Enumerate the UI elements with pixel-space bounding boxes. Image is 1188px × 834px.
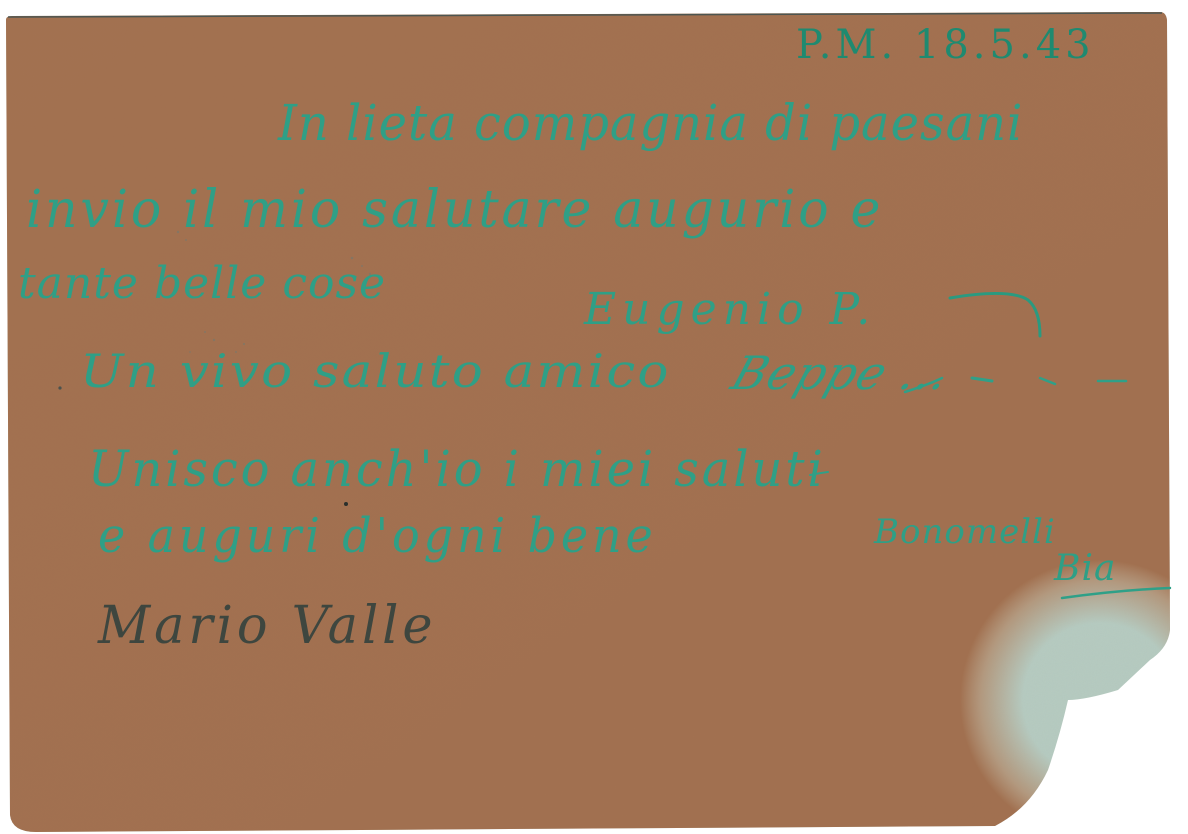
postscript-1-signature: Beppe ... xyxy=(725,346,957,400)
pencil-signature: Mario Valle xyxy=(98,596,436,656)
message-signature: Eugenio P. xyxy=(584,284,876,335)
date-line: P.M. 18.5.43 xyxy=(796,22,1095,68)
message-line-2: invio il mio salutare augurio e xyxy=(26,180,883,240)
message-line-1: In lieta compagnia di paesani xyxy=(278,94,1023,152)
postscript-3-signature: Bia xyxy=(1054,548,1116,589)
postscript-2-line-1: Unisco anch'io i miei saluti xyxy=(88,440,826,498)
message-line-3: tante belle cose xyxy=(18,258,386,309)
postscript-2-signature: Bonomelli xyxy=(874,512,1056,552)
postscript-1-text: Un vivo saluto amico xyxy=(80,344,671,398)
postcard-scan: P.M. 18.5.43 In lieta compagnia di paesa… xyxy=(0,0,1188,834)
postscript-2-line-2: e auguri d'ogni bene xyxy=(98,508,657,564)
